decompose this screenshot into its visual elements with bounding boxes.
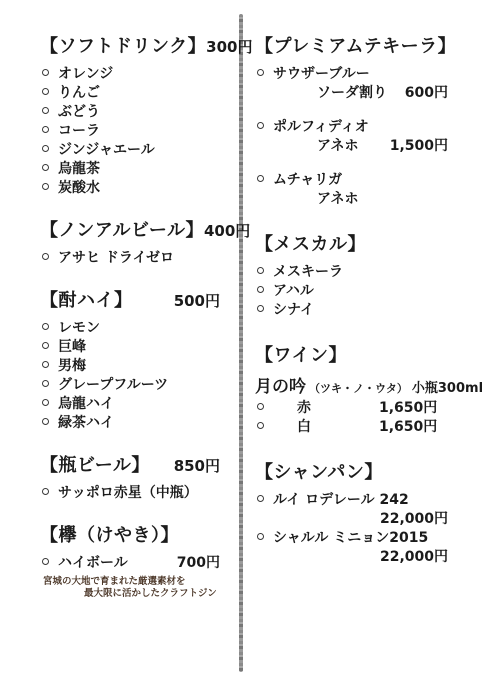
menu-item-row: アネホ1,500円 <box>255 135 460 154</box>
menu-item-label: シャルル ミニョン2015 <box>273 527 428 547</box>
menu-item-label: ハイボール <box>58 552 128 572</box>
menu-item-row: 22,000円 <box>255 508 460 527</box>
menu-section: 【プレミアムテキーラ】サウザーブルーソーダ割り600円ポルフィディオアネホ1,5… <box>255 32 460 207</box>
menu-item-price: 22,000円 <box>380 546 460 566</box>
bullet-icon <box>257 267 264 274</box>
section-header: 【ノンアルビール】400円 <box>40 216 220 240</box>
menu-item-label: 炭酸水 <box>58 177 100 197</box>
menu-item-label: アハル <box>273 280 314 300</box>
bullet-icon <box>257 403 264 410</box>
section-title: 【欅（けやき）】 <box>40 521 179 547</box>
menu-item-price: 1,650円 <box>379 416 437 436</box>
bullet-icon <box>257 422 264 429</box>
menu-item-row: 男梅 <box>40 355 220 374</box>
menu-item-label: ムチャリガ <box>273 169 342 189</box>
menu-item-label: 烏龍ハイ <box>58 393 114 413</box>
section-header: 【シャンパン】 <box>255 458 460 482</box>
section-header: 【瓶ビール】850円 <box>40 451 220 475</box>
menu-item-label: 赤 <box>273 397 341 417</box>
menu-item-price: 22,000円 <box>380 508 460 528</box>
menu-section: 【瓶ビール】850円サッポロ赤星（中瓶） <box>40 451 220 501</box>
section-header: 【プレミアムテキーラ】 <box>255 32 460 56</box>
menu-section: 【ソフトドリンク】300円オレンジりんごぶどうコーラジンジャエール烏龍茶炭酸水 <box>40 32 220 196</box>
menu-item-row: 22,000円 <box>255 546 460 565</box>
menu-item-label: 緑茶ハイ <box>58 412 114 432</box>
bullet-icon <box>42 88 49 95</box>
menu-item-row: 烏龍ハイ <box>40 393 220 412</box>
section-header: 【メスカル】 <box>255 230 460 254</box>
menu-item-row: シャルル ミニョン2015 <box>255 527 460 546</box>
menu-item-row: ルイ ロデレール 242 <box>255 489 460 508</box>
bullet-icon <box>257 175 264 182</box>
section-price: 850円 <box>174 455 220 476</box>
section-header: 【欅（けやき）】 <box>40 521 220 545</box>
bullet-icon <box>257 495 264 502</box>
section-price: 300円 <box>206 36 252 57</box>
menu-section: 【ワイン】月の吟（ツキ・ノ・ウタ）小瓶300ml赤1,650円白1,650円 <box>255 341 460 435</box>
menu-page: 【ソフトドリンク】300円オレンジりんごぶどうコーラジンジャエール烏龍茶炭酸水【… <box>0 0 495 700</box>
menu-item-row: 炭酸水 <box>40 177 220 196</box>
menu-item-label: ポルフィディオ <box>273 116 369 136</box>
menu-item-label: アサヒ ドライゼロ <box>58 247 174 267</box>
menu-item-label: ルイ ロデレール 242 <box>273 489 409 509</box>
wine-bottle-size: 小瓶300ml <box>412 377 483 396</box>
bullet-icon <box>42 107 49 114</box>
section-header: 【ソフトドリンク】300円 <box>40 32 220 56</box>
menu-item-row: ハイボール700円 <box>40 552 220 571</box>
menu-item-row: ソーダ割り600円 <box>255 82 460 101</box>
menu-item-row: コーラ <box>40 120 220 139</box>
section-title: 【酎ハイ】 <box>40 286 133 312</box>
section-title: 【プレミアムテキーラ】 <box>255 32 456 58</box>
menu-item-label: オレンジ <box>58 63 113 83</box>
menu-item-price: 700円 <box>177 552 220 572</box>
menu-item-row: 緑茶ハイ <box>40 412 220 431</box>
menu-item-label: コーラ <box>58 120 100 140</box>
bullet-icon <box>42 126 49 133</box>
section-title: 【シャンパン】 <box>255 458 383 484</box>
wine-name-reading: （ツキ・ノ・ウタ） <box>309 380 408 396</box>
section-gap <box>255 154 460 169</box>
bullet-icon <box>42 399 49 406</box>
menu-section: 【シャンパン】ルイ ロデレール 24222,000円シャルル ミニョン20152… <box>255 458 460 565</box>
menu-item-row: サウザーブルー <box>255 63 460 82</box>
menu-item-label: グレープフルーツ <box>58 374 168 394</box>
menu-section: 【メスカル】メスキーラアハルシナイ <box>255 230 460 318</box>
menu-item-row: ぶどう <box>40 101 220 120</box>
bullet-icon <box>42 145 49 152</box>
menu-item-row: レモン <box>40 317 220 336</box>
menu-item-row: ムチャリガ <box>255 169 460 188</box>
bullet-icon <box>257 533 264 540</box>
menu-item-label: 男梅 <box>58 355 86 375</box>
section-title: 【ノンアルビール】 <box>40 216 204 242</box>
bullet-icon <box>42 183 49 190</box>
wine-name-row: 月の吟（ツキ・ノ・ウタ）小瓶300ml <box>255 372 460 397</box>
menu-item-label: 烏龍茶 <box>58 158 100 178</box>
menu-item-label: サウザーブルー <box>273 63 370 83</box>
menu-section: 【欅（けやき）】ハイボール700円宮城の大地で育まれた厳選素材を最大限に活かした… <box>40 521 220 598</box>
section-title: 【ワイン】 <box>255 341 347 367</box>
column-divider <box>239 14 243 672</box>
menu-item-row: 白1,650円 <box>255 416 460 435</box>
menu-item-row: りんご <box>40 82 220 101</box>
left-column: 【ソフトドリンク】300円オレンジりんごぶどうコーラジンジャエール烏龍茶炭酸水【… <box>40 0 220 618</box>
menu-item-row: 巨峰 <box>40 336 220 355</box>
bullet-icon <box>257 122 264 129</box>
menu-item-row: アハル <box>255 280 460 299</box>
menu-item-label: メスキーラ <box>273 261 343 281</box>
menu-section: 【酎ハイ】500円レモン巨峰男梅グレープフルーツ烏龍ハイ緑茶ハイ <box>40 286 220 431</box>
section-title: 【ソフトドリンク】 <box>40 32 206 58</box>
bullet-icon <box>42 342 49 349</box>
bullet-icon <box>42 558 49 565</box>
bullet-icon <box>257 69 264 76</box>
menu-item-row: 烏龍茶 <box>40 158 220 177</box>
menu-section: 【ノンアルビール】400円アサヒ ドライゼロ <box>40 216 220 266</box>
section-header: 【ワイン】 <box>255 341 460 365</box>
menu-item-row: アサヒ ドライゼロ <box>40 247 220 266</box>
menu-item-row: サッポロ赤星（中瓶） <box>40 482 220 501</box>
menu-item-price: 1,500円 <box>390 135 460 155</box>
section-price: 400円 <box>204 220 250 241</box>
menu-item-label: アネホ <box>317 135 358 155</box>
bullet-icon <box>257 286 264 293</box>
menu-item-row: オレンジ <box>40 63 220 82</box>
right-column: 【プレミアムテキーラ】サウザーブルーソーダ割り600円ポルフィディオアネホ1,5… <box>255 0 460 588</box>
menu-item-row: ジンジャエール <box>40 139 220 158</box>
menu-item-label: アネホ <box>317 188 358 208</box>
menu-item-label: シナイ <box>273 299 314 319</box>
bullet-icon <box>42 418 49 425</box>
menu-item-row: 赤1,650円 <box>255 397 460 416</box>
menu-item-price: 600円 <box>405 82 460 102</box>
section-title: 【メスカル】 <box>255 230 366 256</box>
bullet-icon <box>42 164 49 171</box>
bullet-icon <box>257 305 264 312</box>
menu-item-label: レモン <box>58 317 100 337</box>
menu-item-label: ぶどう <box>58 101 100 121</box>
menu-item-row: メスキーラ <box>255 261 460 280</box>
menu-item-label: ソーダ割り <box>317 82 387 102</box>
section-title: 【瓶ビール】 <box>40 451 150 477</box>
menu-item-row: ポルフィディオ <box>255 116 460 135</box>
menu-item-row: アネホ <box>255 188 460 207</box>
menu-item-label: 巨峰 <box>58 336 86 356</box>
menu-item-label: ジンジャエール <box>58 139 155 159</box>
bullet-icon <box>42 488 49 495</box>
section-gap <box>255 101 460 116</box>
bullet-icon <box>42 380 49 387</box>
bullet-icon <box>42 69 49 76</box>
menu-item-label: サッポロ赤星（中瓶） <box>58 482 198 502</box>
menu-item-label: 白 <box>273 416 341 436</box>
menu-item-label: りんご <box>58 82 100 102</box>
bullet-icon <box>42 253 49 260</box>
menu-item-price: 1,650円 <box>379 397 437 417</box>
section-price: 500円 <box>174 290 220 311</box>
menu-item-row: グレープフルーツ <box>40 374 220 393</box>
wine-name: 月の吟 <box>255 372 306 397</box>
bullet-icon <box>42 323 49 330</box>
bullet-icon <box>42 361 49 368</box>
section-header: 【酎ハイ】500円 <box>40 286 220 310</box>
menu-item-row: シナイ <box>255 299 460 318</box>
fine-print-line: 最大限に活かしたクラフトジン <box>40 586 220 598</box>
